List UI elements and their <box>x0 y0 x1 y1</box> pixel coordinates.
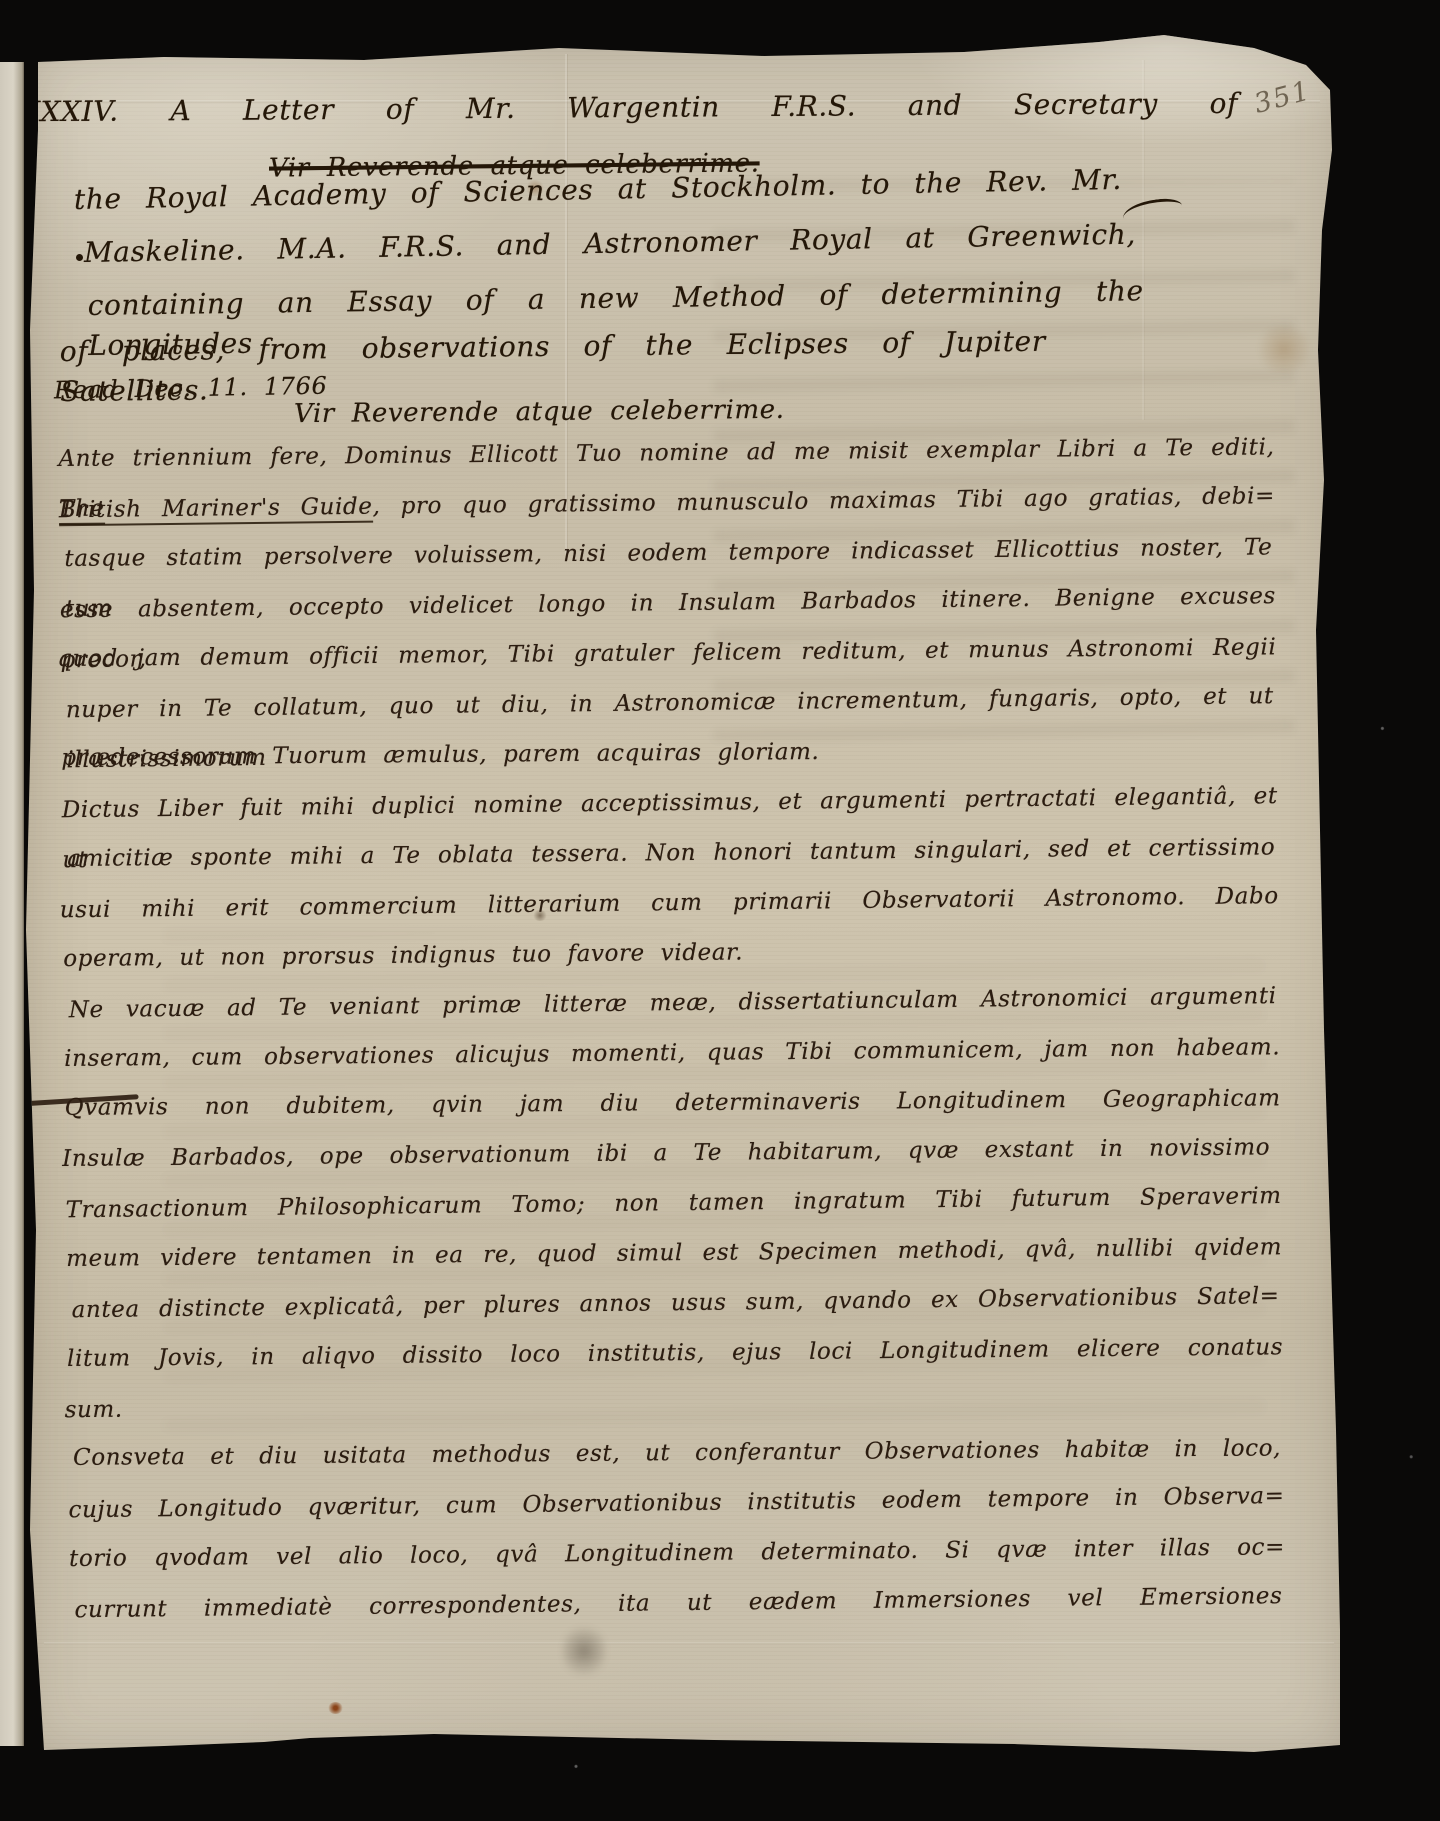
charcoal-smudge <box>562 1622 606 1680</box>
underlined-title: British Mariner's Guide <box>59 494 373 527</box>
rust-stain <box>328 1702 343 1714</box>
title-text: A Letter of Mr. Wargentin F.R.S. and Sec… <box>170 87 1238 127</box>
page-number: 351 <box>1251 75 1315 120</box>
letter-body: Ante triennium fere, Dominus Ellicott Tu… <box>58 422 1285 1634</box>
scan-background: { "scan": { "page_number": "351", "backg… <box>0 0 1440 1821</box>
title-line-1: XXXIV. A Letter of Mr. Wargentin F.R.S. … <box>20 84 1238 133</box>
line-text: Ante triennium fere, Dominus Ellicott Tu… <box>58 434 1274 472</box>
fold-crease-horizontal <box>44 1642 1334 1645</box>
manuscript-page: 351 XXXIV. A Letter of Mr. Wargentin F.R… <box>14 30 1354 1772</box>
section-number: XXXIV. <box>20 95 119 129</box>
ink-dot <box>76 254 83 261</box>
line-text: , pro quo gratissimo munusculo maximas T… <box>372 483 1275 520</box>
underlying-page-edge <box>0 62 24 1746</box>
read-date: Read Dec. 11. 1766 <box>54 366 328 411</box>
